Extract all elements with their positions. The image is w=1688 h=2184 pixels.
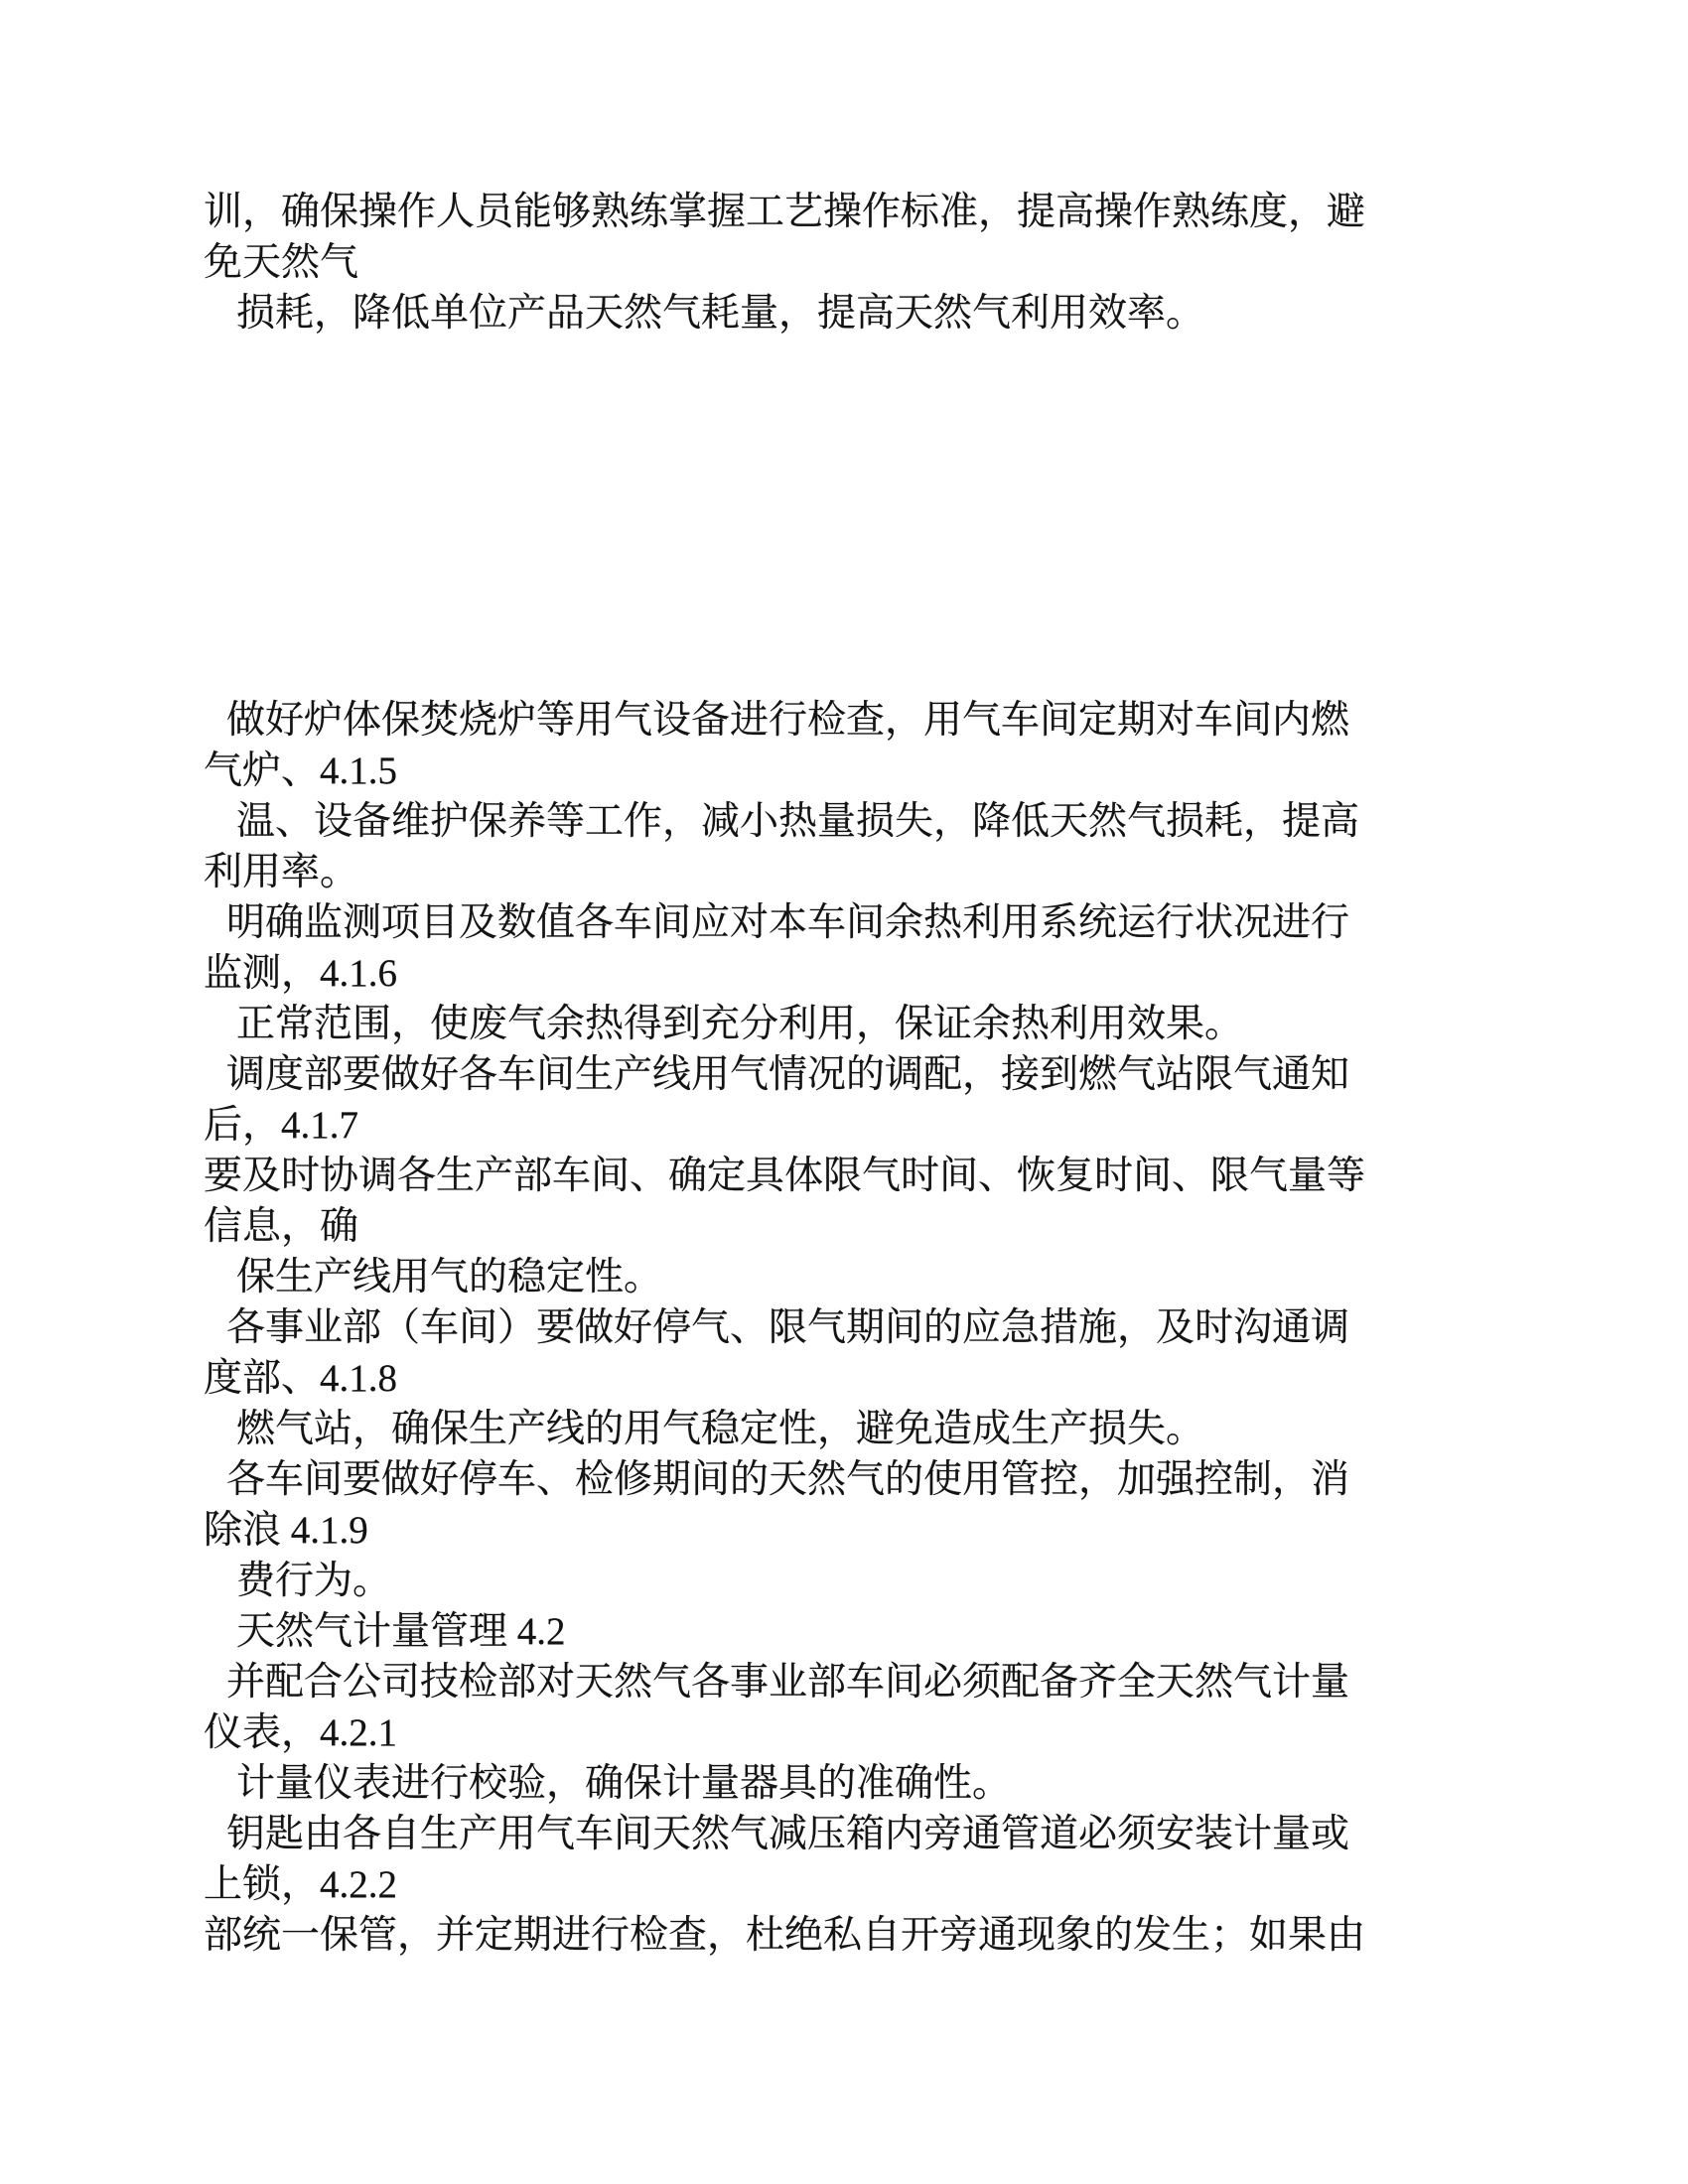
- text-line: 仪表，4.2.1: [204, 1707, 1569, 1758]
- text-line: 利用率。: [204, 847, 1569, 897]
- text-line: 天然气计量管理 4.2: [204, 1606, 1569, 1657]
- text-line: 燃气站，确保生产线的用气稳定性，避免造成生产损失。: [204, 1404, 1569, 1454]
- text-line: 温、设备维护保养等工作，减小热量损失，降低天然气损耗，提高: [204, 796, 1569, 847]
- text-line: 除浪 4.1.9: [204, 1505, 1569, 1556]
- text-line: 保生产线用气的稳定性。: [204, 1252, 1569, 1302]
- text-line: 费行为。: [204, 1556, 1569, 1606]
- text-line: 训，确保操作人员能够熟练掌握工艺操作标准，提高操作熟练度，避: [204, 187, 1569, 237]
- text-line: 后，4.1.7: [204, 1100, 1569, 1151]
- text-line: 信息，确: [204, 1201, 1569, 1252]
- text-line: 并配合公司技检部对天然气各事业部车间必须配备齐全天然气计量: [204, 1657, 1569, 1707]
- text-line: 计量仪表进行校验，确保计量器具的准确性。: [204, 1758, 1569, 1809]
- text-line: 做好炉体保焚烧炉等用气设备进行检查，用气车间定期对车间内燃: [204, 695, 1569, 746]
- text-line: 上锁，4.2.2: [204, 1859, 1569, 1910]
- text-line: 各事业部（车间）要做好停气、限气期间的应急措施，及时沟通调: [204, 1302, 1569, 1353]
- text-line: 气炉、4.1.5: [204, 746, 1569, 796]
- text-line: 正常范围，使废气余热得到充分利用，保证余热利用效果。: [204, 999, 1569, 1049]
- text-line: 免天然气: [204, 237, 1569, 288]
- document-page: 训，确保操作人员能够熟练掌握工艺操作标准，提高操作熟练度，避免天然气损耗，降低单…: [0, 0, 1688, 2184]
- text-block: 训，确保操作人员能够熟练掌握工艺操作标准，提高操作熟练度，避免天然气损耗，降低单…: [204, 187, 1569, 339]
- text-line: 明确监测项目及数值各车间应对本车间余热利用系统运行状况进行: [204, 897, 1569, 948]
- text-line: 要及时协调各生产部车间、确定具体限气时间、恢复时间、限气量等: [204, 1151, 1569, 1201]
- text-line: 部统一保管，并定期进行检查，杜绝私自开旁通现象的发生；如果由: [204, 1910, 1569, 1961]
- text-line: 监测，4.1.6: [204, 948, 1569, 999]
- text-line: 各车间要做好停车、检修期间的天然气的使用管控，加强控制，消: [204, 1454, 1569, 1505]
- text-line: 调度部要做好各车间生产线用气情况的调配，接到燃气站限气通知: [204, 1049, 1569, 1100]
- text-line: 钥匙由各自生产用气车间天然气减压箱内旁通管道必须安装计量或: [204, 1809, 1569, 1859]
- text-line: 度部、4.1.8: [204, 1353, 1569, 1404]
- text-line: 损耗，降低单位产品天然气耗量，提高天然气利用效率。: [204, 288, 1569, 339]
- text-block: 做好炉体保焚烧炉等用气设备进行检查，用气车间定期对车间内燃气炉、4.1.5温、设…: [204, 695, 1569, 1961]
